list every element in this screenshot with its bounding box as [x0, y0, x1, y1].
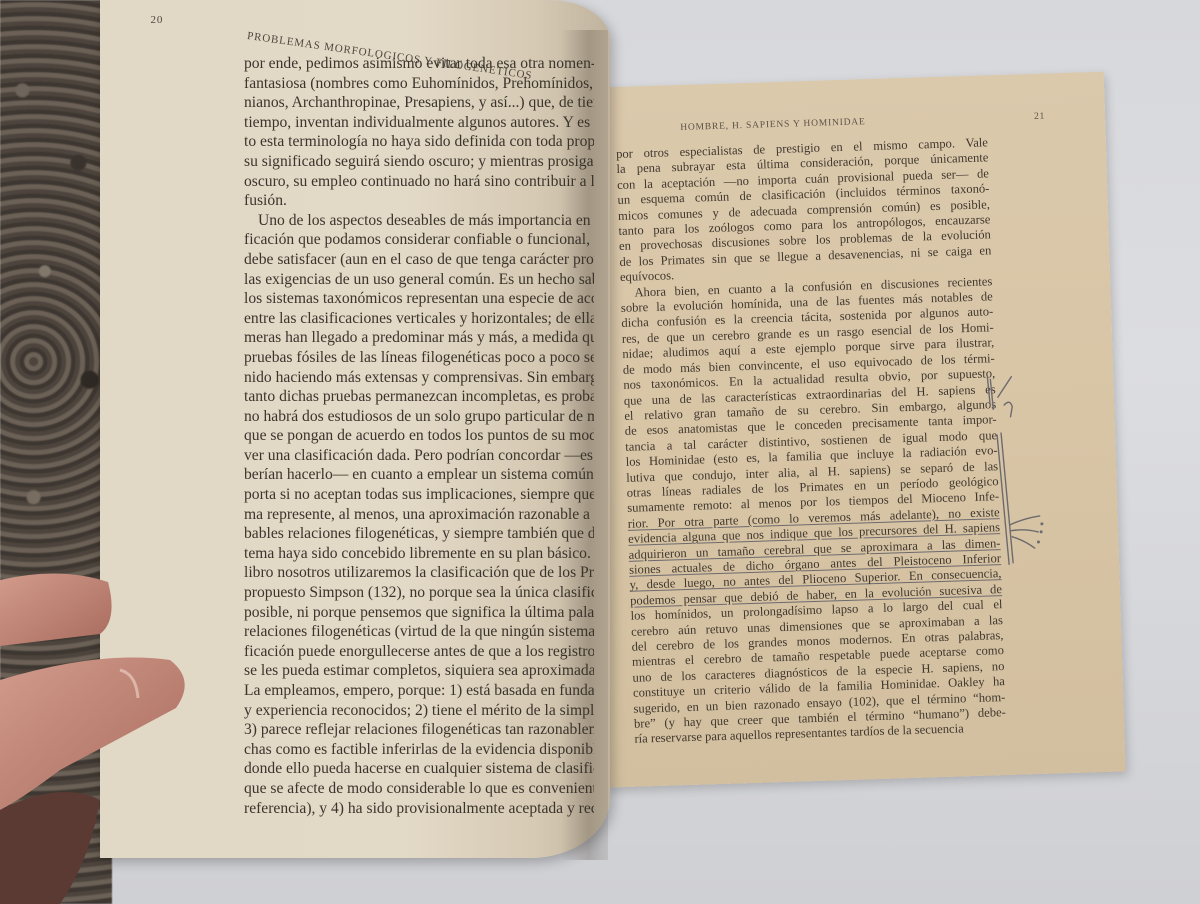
- left-text-line: que se pongan de acuerdo en todos los pu…: [244, 426, 594, 446]
- left-page-text: por ende, pedimos asimismo evitar toda e…: [244, 54, 594, 818]
- left-text-line: bables relaciones filogenéticas, y siemp…: [244, 524, 594, 544]
- left-text-line: posible, ni porque pensemos que signific…: [244, 603, 594, 623]
- left-text-line: meras han llegado a predominar más y más…: [244, 328, 594, 348]
- left-text-line: tiempo, inventan individualmente algunos…: [244, 113, 594, 133]
- right-page: HOMBRE, H. SAPIENS Y HOMINIDAE 21 por ot…: [584, 72, 1126, 788]
- left-text-line: fantasiosa (nombres como Euhomínidos, Pr…: [244, 74, 594, 94]
- left-text-line: relaciones filogenéticas (virtud de la q…: [244, 622, 594, 642]
- left-text-line: nianos, Archanthropinae, Presapiens, y a…: [244, 93, 594, 113]
- left-text-line: 3) parece reflejar relaciones filogenéti…: [244, 720, 594, 740]
- photo-scene: HOMBRE, H. SAPIENS Y HOMINIDAE 21 por ot…: [0, 0, 1200, 904]
- left-text-line: los sistemas taxonómicos representan una…: [244, 289, 594, 309]
- left-text-line: su significado seguirá siendo oscuro; y …: [244, 152, 594, 172]
- hand: [0, 560, 200, 904]
- left-text-line: y experiencia reconocidos; 2) tiene el m…: [244, 701, 594, 721]
- left-text-line: porta si no aceptan todas sus implicacio…: [244, 485, 594, 505]
- left-text-line: no habrá dos estudiosos de un solo grupo…: [244, 407, 594, 427]
- left-text-line: donde ello pueda hacerse en cualquier si…: [244, 759, 594, 779]
- left-text-line: tanto dichas pruebas permanezcan incompl…: [244, 387, 594, 407]
- left-text-line: La empleamos, empero, porque: 1) está ba…: [244, 681, 594, 701]
- right-running-head: HOMBRE, H. SAPIENS Y HOMINIDAE 21: [680, 112, 1045, 133]
- left-text-line: Uno de los aspectos deseables de más imp…: [244, 211, 594, 231]
- left-page-number: 20: [150, 14, 163, 26]
- left-text-line: nido haciendo más extensas y comprensiva…: [244, 368, 594, 388]
- palm-shadow: [0, 792, 100, 904]
- left-text-line: berían hacerlo— en cuanto a emplear un s…: [244, 465, 594, 485]
- left-text-line: chas como es factible inferirlas de la e…: [244, 740, 594, 760]
- left-text-line: las exigencias de un uso general común. …: [244, 270, 594, 290]
- left-text-line: to esta terminología no haya sido defini…: [244, 132, 594, 152]
- left-text-line: libro nosotros utilizaremos la clasifica…: [244, 563, 594, 583]
- left-text-line: tema haya sido concebido libremente en s…: [244, 544, 594, 564]
- right-running-head-title: HOMBRE, H. SAPIENS Y HOMINIDAE: [680, 117, 866, 133]
- left-text-line: referencia), y 4) ha sido provisionalmen…: [244, 799, 594, 819]
- pencil-annotation-marks: [981, 373, 1057, 565]
- left-text-line: oscuro, su empleo continuado no hará sin…: [244, 172, 594, 192]
- left-text-line: ma represente, al menos, una aproximació…: [244, 505, 594, 525]
- right-page-text: por otros especialistas de prestigio en …: [616, 135, 1007, 747]
- thumb: [0, 658, 185, 811]
- left-text-line: debe satisfacer (aun en el caso de que t…: [244, 250, 594, 270]
- left-text-line: propuesto Simpson (132), no porque sea l…: [244, 583, 594, 603]
- left-text-line: ver una clasificación dada. Pero podrían…: [244, 446, 594, 466]
- left-text-line: que se afecte de modo considerable lo qu…: [244, 779, 594, 799]
- index-finger: [0, 573, 112, 646]
- right-page-number: 21: [1034, 112, 1045, 122]
- left-text-line: ficación que podamos considerar confiabl…: [244, 230, 594, 250]
- left-text-line: por ende, pedimos asimismo evitar toda e…: [244, 54, 594, 74]
- left-text-line: fusión.: [244, 191, 594, 211]
- left-text-line: entre las clasificaciones verticales y h…: [244, 309, 594, 329]
- left-text-line: se les pueda estimar completos, siquiera…: [244, 661, 594, 681]
- left-text-line: ficación puede enorgullecerse antes de q…: [244, 642, 594, 662]
- left-text-line: pruebas fósiles de las líneas filogenéti…: [244, 348, 594, 368]
